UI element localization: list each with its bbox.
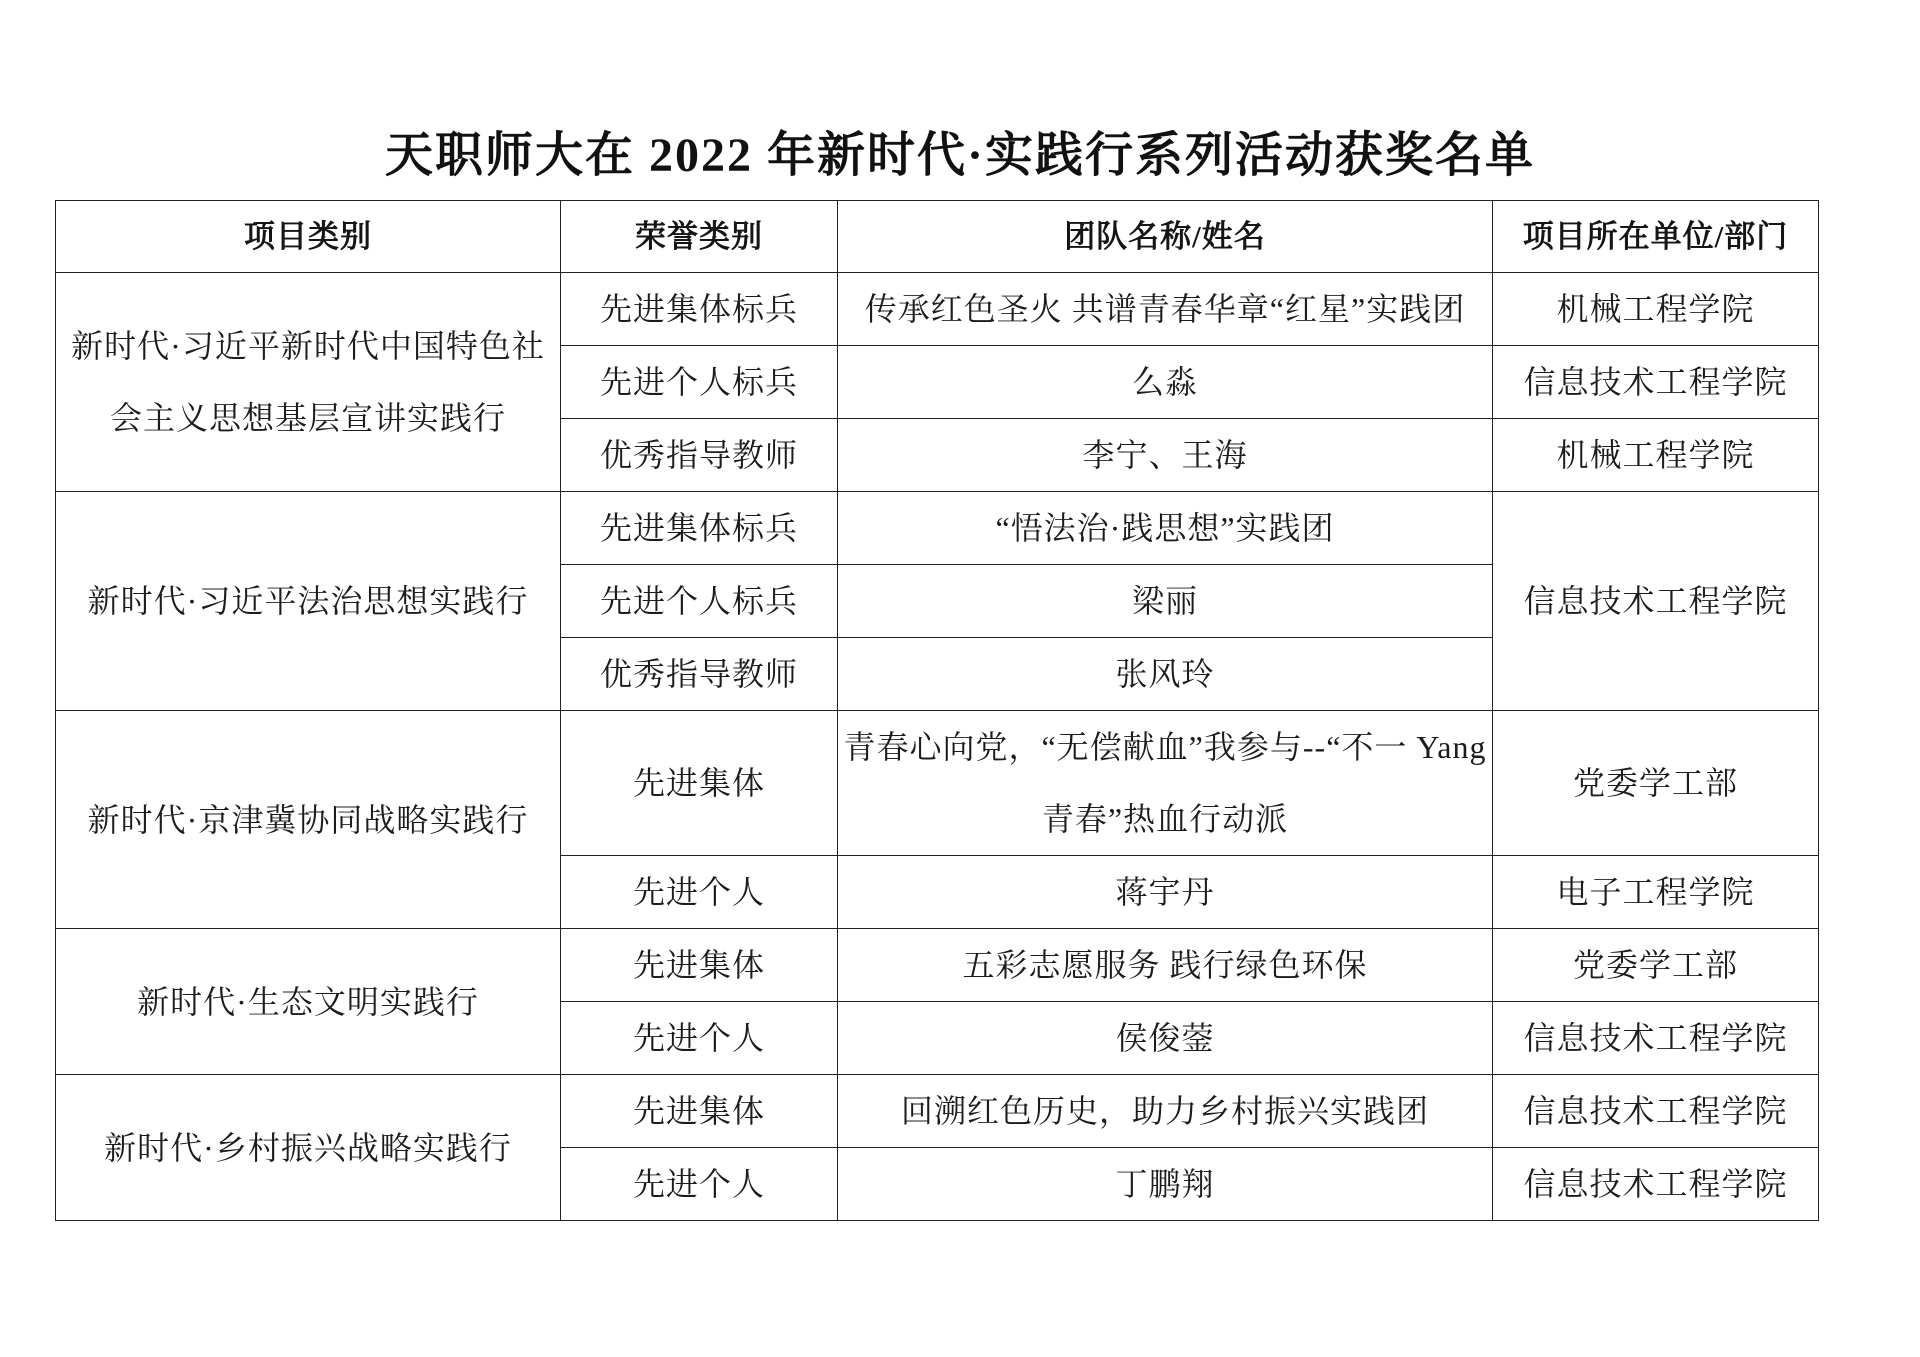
honor-cell: 先进个人 [561, 1148, 838, 1221]
honor-cell: 优秀指导教师 [561, 638, 838, 711]
unit-cell: 机械工程学院 [1493, 273, 1819, 346]
unit-cell: 党委学工部 [1493, 711, 1819, 856]
document-page: 天职师大在 2022 年新时代·实践行系列活动获奖名单 项目类别 荣誉类别 团队… [0, 0, 1920, 1357]
unit-cell: 信息技术工程学院 [1493, 1148, 1819, 1221]
table-row: 新时代·乡村振兴战略实践行 先进集体 回溯红色历史，助力乡村振兴实践团 信息技术… [56, 1075, 1819, 1148]
category-cell: 新时代·习近平新时代中国特色社会主义思想基层宣讲实践行 [56, 273, 561, 492]
table-row: 新时代·习近平法治思想实践行 先进集体标兵 “悟法治·践思想”实践团 信息技术工… [56, 492, 1819, 565]
name-cell: 侯俊蓥 [838, 1002, 1493, 1075]
name-cell: 么淼 [838, 346, 1493, 419]
name-cell: 丁鹏翔 [838, 1148, 1493, 1221]
honor-cell: 先进集体标兵 [561, 492, 838, 565]
unit-cell: 电子工程学院 [1493, 856, 1819, 929]
honor-cell: 先进个人 [561, 1002, 838, 1075]
document-title: 天职师大在 2022 年新时代·实践行系列活动获奖名单 [0, 0, 1920, 185]
honor-cell: 先进集体 [561, 711, 838, 856]
honor-cell: 先进个人标兵 [561, 346, 838, 419]
honor-cell: 先进集体标兵 [561, 273, 838, 346]
unit-cell: 机械工程学院 [1493, 419, 1819, 492]
unit-cell: 信息技术工程学院 [1493, 492, 1819, 711]
column-header-unit: 项目所在单位/部门 [1493, 201, 1819, 273]
category-cell: 新时代·习近平法治思想实践行 [56, 492, 561, 711]
name-cell: 青春心向党，“无偿献血”我参与--“不一 Yang 青春”热血行动派 [838, 711, 1493, 856]
honor-cell: 优秀指导教师 [561, 419, 838, 492]
honor-cell: 先进集体 [561, 929, 838, 1002]
honor-cell: 先进个人标兵 [561, 565, 838, 638]
honor-cell: 先进集体 [561, 1075, 838, 1148]
name-cell: “悟法治·践思想”实践团 [838, 492, 1493, 565]
table-row: 新时代·生态文明实践行 先进集体 五彩志愿服务 践行绿色环保 党委学工部 [56, 929, 1819, 1002]
category-cell: 新时代·生态文明实践行 [56, 929, 561, 1075]
column-header-honor: 荣誉类别 [561, 201, 838, 273]
name-cell: 梁丽 [838, 565, 1493, 638]
name-cell: 传承红色圣火 共谱青春华章“红星”实践团 [838, 273, 1493, 346]
name-cell: 回溯红色历史，助力乡村振兴实践团 [838, 1075, 1493, 1148]
unit-cell: 党委学工部 [1493, 929, 1819, 1002]
unit-cell: 信息技术工程学院 [1493, 1075, 1819, 1148]
category-cell: 新时代·乡村振兴战略实践行 [56, 1075, 561, 1221]
table-row: 新时代·京津冀协同战略实践行 先进集体 青春心向党，“无偿献血”我参与--“不一… [56, 711, 1819, 856]
table-row: 新时代·习近平新时代中国特色社会主义思想基层宣讲实践行 先进集体标兵 传承红色圣… [56, 273, 1819, 346]
column-header-name: 团队名称/姓名 [838, 201, 1493, 273]
name-cell: 张风玲 [838, 638, 1493, 711]
name-cell: 李宁、王海 [838, 419, 1493, 492]
category-cell: 新时代·京津冀协同战略实践行 [56, 711, 561, 929]
name-cell: 蒋宇丹 [838, 856, 1493, 929]
unit-cell: 信息技术工程学院 [1493, 1002, 1819, 1075]
column-header-category: 项目类别 [56, 201, 561, 273]
header-row: 项目类别 荣誉类别 团队名称/姓名 项目所在单位/部门 [56, 201, 1819, 273]
honor-cell: 先进个人 [561, 856, 838, 929]
awards-table: 项目类别 荣誉类别 团队名称/姓名 项目所在单位/部门 新时代·习近平新时代中国… [55, 200, 1819, 1221]
unit-cell: 信息技术工程学院 [1493, 346, 1819, 419]
name-cell: 五彩志愿服务 践行绿色环保 [838, 929, 1493, 1002]
